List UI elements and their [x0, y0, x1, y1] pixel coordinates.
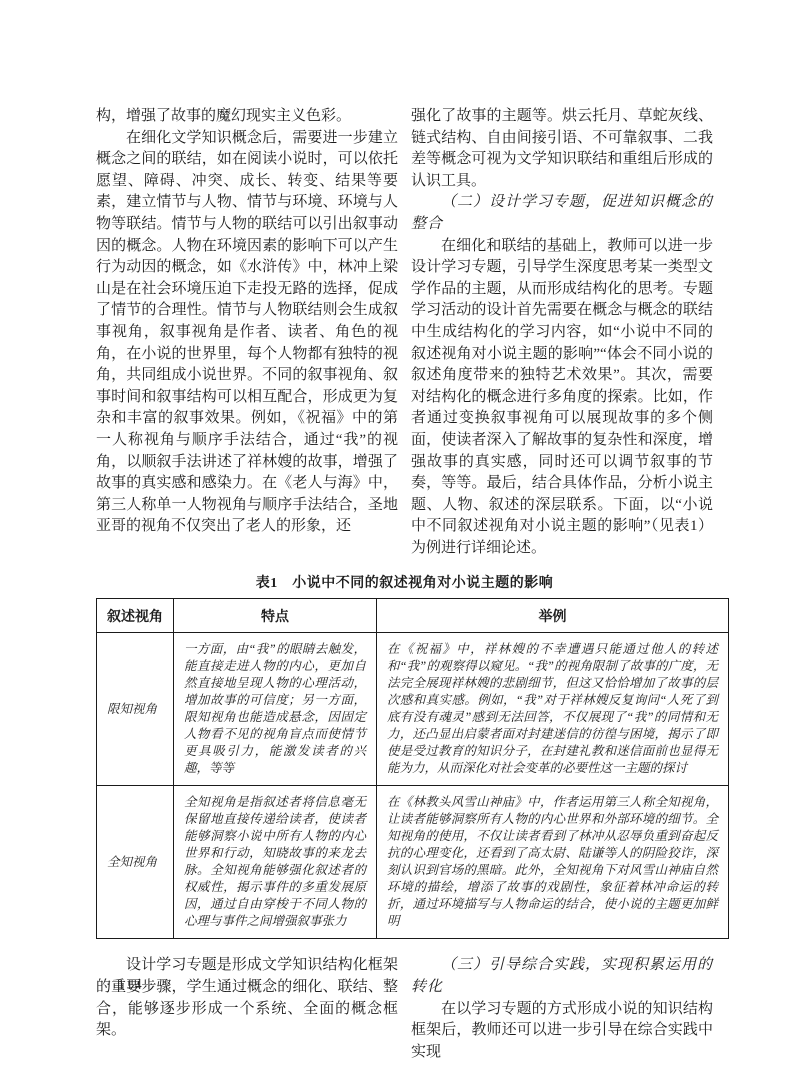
paragraph-continuation-right: 强化了故事的主题等。烘云托月、草蛇灰线、链式结构、自由间接引语、不可靠叙事、二我… — [411, 106, 713, 192]
table-title: 表1 小说中不同的叙述视角对小说主题的影响 — [96, 572, 713, 592]
cell-perspective-omniscient: 全知视角 — [97, 786, 174, 939]
table-head: 叙述视角 特点 举例 — [97, 599, 729, 633]
paragraph-practice: 在以学习专题的方式形成小说的知识结构框架后，教师还可以进一步引导在综合实践中实现 — [411, 999, 713, 1064]
right-column: 强化了故事的主题等。烘云托月、草蛇灰线、链式结构、自由间接引语、不可靠叙事、二我… — [411, 106, 713, 559]
top-text-columns: 构，增强了故事的魔幻现实主义色彩。 在细化文学知识概念后，需要进一步建立概念之间… — [96, 106, 713, 559]
bottom-right-column: （三）引导综合实践，实现积累运用的转化 在以学习专题的方式形成小说的知识结构框架… — [411, 955, 713, 1063]
cell-perspective-limited: 限知视角 — [97, 633, 174, 786]
table-header-features: 特点 — [174, 599, 377, 633]
cell-example-limited: 在《祝福》中，祥林嫂的不幸遭遇只能通过他人的转述和“我”的观察得以窥见。“我”的… — [377, 633, 729, 786]
paragraph-summary: 设计学习专题是形成文学知识结构化框架的重要步骤，学生通过概念的细化、联结、整合，… — [96, 955, 398, 1041]
paragraph-continuation: 构，增强了故事的魔幻现实主义色彩。 — [96, 106, 398, 128]
table-row-limited-perspective: 限知视角 一方面，由“我”的眼睛去触发，能直接走进人物的内心，更加自然直接地呈现… — [97, 633, 729, 786]
cell-features-limited: 一方面，由“我”的眼睛去触发，能直接走进人物的内心，更加自然直接地呈现人物的心理… — [174, 633, 377, 786]
cell-example-omniscient: 在《林教头风雪山神庙》中，作者运用第三人称全知视角，让读者能够洞察所有人物的内心… — [377, 786, 729, 939]
section-heading-3: （三）引导综合实践，实现积累运用的转化 — [411, 955, 713, 998]
page-content: 构，增强了故事的魔幻现实主义色彩。 在细化文学知识概念后，需要进一步建立概念之间… — [96, 106, 713, 1063]
table-row-omniscient-perspective: 全知视角 全知视角是指叙述者将信息毫无保留地直接传递给读者，使读者能够洞察小说中… — [97, 786, 729, 939]
page-number: · 114 · — [106, 977, 156, 993]
cell-features-omniscient: 全知视角是指叙述者将信息毫无保留地直接传递给读者，使读者能够洞察小说中所有人物的… — [174, 786, 377, 939]
table-body: 限知视角 一方面，由“我”的眼睛去触发，能直接走进人物的内心，更加自然直接地呈现… — [97, 633, 729, 939]
table-header-perspective: 叙述视角 — [97, 599, 174, 633]
bottom-text-columns: 设计学习专题是形成文学知识结构化框架的重要步骤，学生通过概念的细化、联结、整合，… — [96, 955, 713, 1063]
left-column: 构，增强了故事的魔幻现实主义色彩。 在细化文学知识概念后，需要进一步建立概念之间… — [96, 106, 398, 559]
bottom-left-column: 设计学习专题是形成文学知识结构化框架的重要步骤，学生通过概念的细化、联结、整合，… — [96, 955, 398, 1063]
table-header-row: 叙述视角 特点 举例 — [97, 599, 729, 633]
paragraph-study-topic: 在细化和联结的基础上，教师可以进一步设计学习专题，引导学生深度思考某一类型文学作… — [411, 236, 713, 560]
table-header-example: 举例 — [377, 599, 729, 633]
paragraph-concept-linking: 在细化文学知识概念后，需要进一步建立概念之间的联结，如在阅读小说时，可以依托愿望… — [96, 128, 398, 538]
paper-page: 构，增强了故事的魔幻现实主义色彩。 在细化文学知识概念后，需要进一步建立概念之间… — [0, 0, 800, 1077]
section-heading-2: （二）设计学习专题，促进知识概念的整合 — [411, 192, 713, 235]
table-1: 叙述视角 特点 举例 限知视角 一方面，由“我”的眼睛去触发，能直接走进人物的内… — [96, 598, 729, 939]
